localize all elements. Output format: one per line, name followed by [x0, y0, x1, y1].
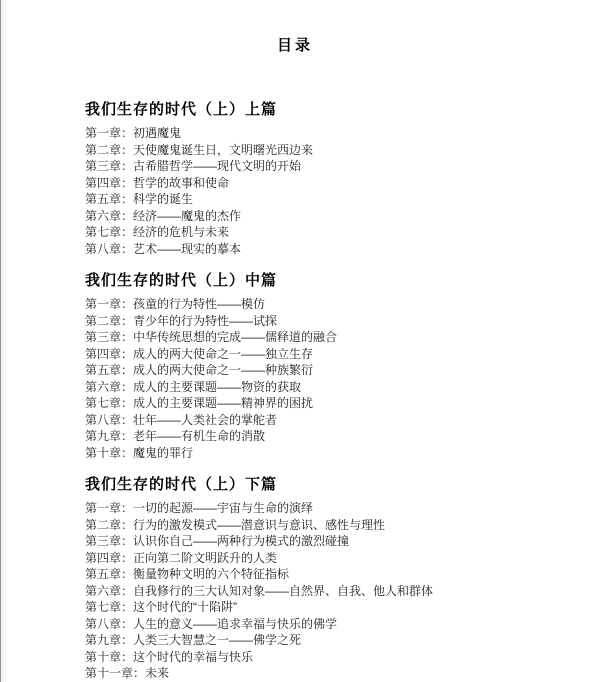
section-heading: 我们生存的时代（上）上篇 — [85, 101, 545, 119]
chapter-list: 第一章：孩童的行为特性——模仿 第二章：青少年的行为特性——试探 第三章：中华传… — [85, 296, 545, 461]
toc-entry: 第八章：人生的意义——追求幸福与快乐的佛学 — [85, 616, 545, 633]
toc-entry: 第一章：孩童的行为特性——模仿 — [85, 296, 545, 313]
toc-entry: 第二章：天使魔鬼诞生日，文明曙光西边来 — [85, 142, 545, 159]
toc-entry: 第八章：壮年——人类社会的掌舵者 — [85, 412, 545, 429]
toc-entry: 第七章：这个时代的“十陷阱” — [85, 599, 545, 616]
chapter-list: 第一章：一切的起源——宇宙与生命的演绎 第二章：行为的激发模式——潜意识与意识、… — [85, 500, 545, 682]
page-edge — [0, 0, 6, 682]
toc-entry: 第一章：一切的起源——宇宙与生命的演绎 — [85, 500, 545, 517]
toc-entry: 第七章：成人的主要课题——精神界的困扰 — [85, 395, 545, 412]
toc-entry: 第二章：青少年的行为特性——试探 — [85, 313, 545, 330]
toc-entry: 第十章：魔鬼的罪行 — [85, 445, 545, 462]
toc-entry: 第八章：艺术——现实的摹本 — [85, 241, 545, 258]
toc-section: 我们生存的时代（上）中篇 第一章：孩童的行为特性——模仿 第二章：青少年的行为特… — [85, 272, 545, 461]
toc-entry: 第三章：中华传统思想的完成——儒释道的融合 — [85, 329, 545, 346]
section-heading: 我们生存的时代（上）中篇 — [85, 272, 545, 290]
toc-entry: 第五章：科学的诞生 — [85, 191, 545, 208]
table-of-contents: 我们生存的时代（上）上篇 第一章：初遇魔鬼 第二章：天使魔鬼诞生日，文明曙光西边… — [85, 101, 545, 682]
toc-entry: 第九章：人类三大智慧之一——佛学之死 — [85, 632, 545, 649]
toc-entry: 第六章：自我修行的三大认知对象——自然界、自我、他人和群体 — [85, 583, 545, 600]
toc-entry: 第十一章：未来 — [85, 665, 545, 682]
toc-entry: 第三章：古希腊哲学——现代文明的开始 — [85, 158, 545, 175]
toc-entry: 第五章：衡量物种文明的六个特征指标 — [85, 566, 545, 583]
toc-entry: 第十章：这个时代的幸福与快乐 — [85, 649, 545, 666]
toc-section: 我们生存的时代（上）下篇 第一章：一切的起源——宇宙与生命的演绎 第二章：行为的… — [85, 476, 545, 682]
toc-entry: 第七章：经济的危机与未来 — [85, 224, 545, 241]
toc-entry: 第六章：成人的主要课题——物资的获取 — [85, 379, 545, 396]
toc-section: 我们生存的时代（上）上篇 第一章：初遇魔鬼 第二章：天使魔鬼诞生日，文明曙光西边… — [85, 101, 545, 257]
toc-entry: 第四章：成人的两大使命之一——独立生存 — [85, 346, 545, 363]
toc-entry: 第三章：认识你自己——两种行为模式的激烈碰撞 — [85, 533, 545, 550]
toc-entry: 第四章：正向第二阶文明跃升的人类 — [85, 550, 545, 567]
chapter-list: 第一章：初遇魔鬼 第二章：天使魔鬼诞生日，文明曙光西边来 第三章：古希腊哲学——… — [85, 125, 545, 257]
toc-entry: 第九章：老年——有机生命的消散 — [85, 428, 545, 445]
toc-entry: 第四章：哲学的故事和使命 — [85, 175, 545, 192]
section-heading: 我们生存的时代（上）下篇 — [85, 476, 545, 494]
toc-entry: 第六章：经济——魔鬼的杰作 — [85, 208, 545, 225]
page-title: 目录 — [0, 0, 590, 55]
toc-entry: 第二章：行为的激发模式——潜意识与意识、感性与理性 — [85, 517, 545, 534]
toc-entry: 第五章：成人的两大使命之一——种族繁衍 — [85, 362, 545, 379]
toc-entry: 第一章：初遇魔鬼 — [85, 125, 545, 142]
document-page: 目录 我们生存的时代（上）上篇 第一章：初遇魔鬼 第二章：天使魔鬼诞生日，文明曙… — [0, 0, 590, 682]
